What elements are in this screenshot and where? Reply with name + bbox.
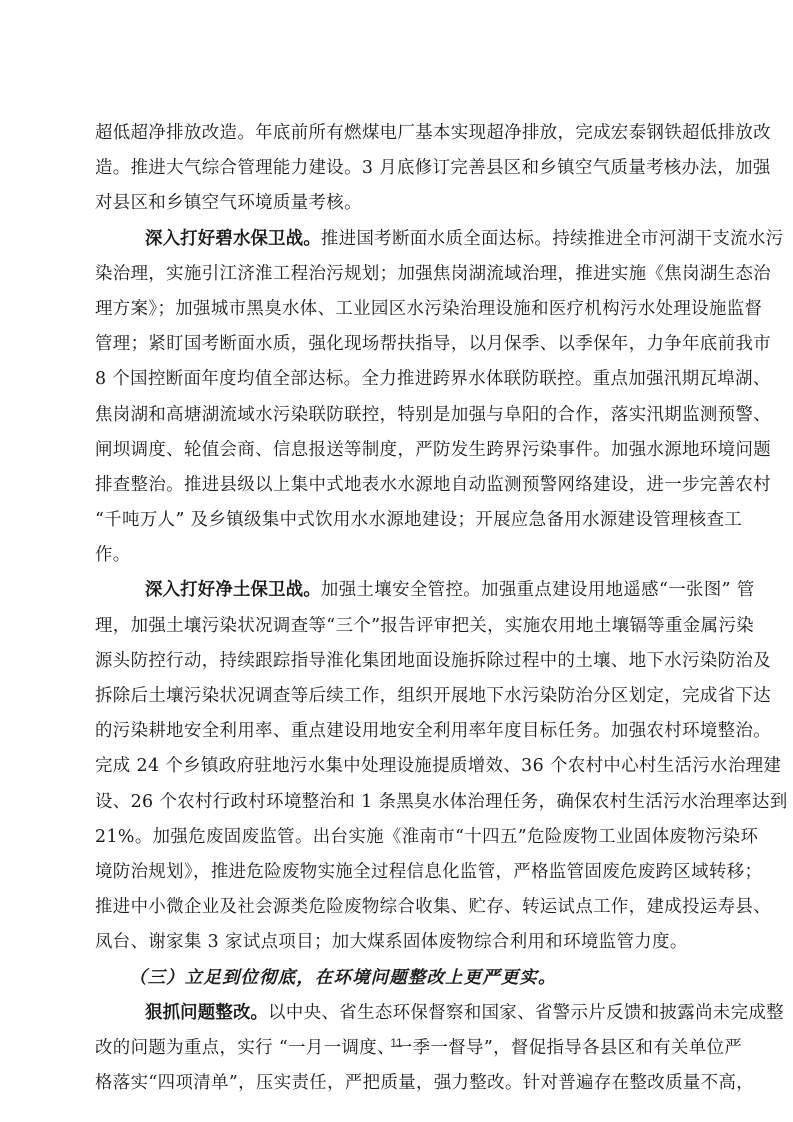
line-text: 加强土壤安全管控。加强重点建设用地遥感“一张图” 管: [321, 580, 755, 600]
paragraph-lead-title: 狠抓问题整改。: [145, 1003, 268, 1023]
line-text: “千吨万人” 及乡镇级集中式饮用水水源地建设；开展应急备用水源建设管理核查工: [95, 510, 742, 530]
line-text: 21%。加强危废固废监管。出台实施《淮南市“十四五”危险废物工业固体废物污染环: [95, 827, 758, 847]
body-text-line: 21%。加强危废固废监管。出台实施《淮南市“十四五”危险废物工业固体废物污染环: [95, 820, 699, 855]
body-text-line: 8 个国控断面年度均值全部达标。全力推进跨界水体联防联控。重点加强汛期瓦埠湖、: [95, 362, 699, 397]
line-text: 焦岗湖和高塘湖流域水污染联防联控，特别是加强与阜阳的合作，落实汛期监测预警、: [95, 405, 771, 425]
line-text: 拆除后土壤污染状况调查等后续工作，组织开展地下水污染防治分区划定，完成省下达: [95, 686, 771, 706]
paragraph-first-line: 狠抓问题整改。以中央、省生态环保督察和国家、省警示片反馈和披露尚未完成整: [95, 996, 699, 1031]
body-text-line: 造。推进大气综合管理能力建设。3 月底修订完善县区和乡镇空气质量考核办法，加强: [95, 151, 699, 186]
section-heading-text: （三）立足到位彻底，在环境问题整改上更严更实。: [129, 968, 557, 988]
document-page: 超低超净排放改造。年底前所有燃煤电厂基本实现超净排放，完成宏泰钢铁超低排放改造。…: [0, 0, 793, 1122]
line-text: 境防治规划》，推进危险废物实施全过程信息化监管，严格监管固废危废跨区域转移；: [95, 862, 762, 882]
line-text: 的污染耕地安全利用率、重点建设用地安全利用率年度目标任务。加强农村环境整治。: [95, 721, 771, 741]
paragraph-last-line: 作。: [95, 538, 699, 573]
body-text-line: 焦岗湖和高塘湖流域水污染联防联控，特别是加强与阜阳的合作，落实汛期监测预警、: [95, 398, 699, 433]
line-text: 设、26 个农村行政村环境整治和 1 条黑臭水体治理任务，确保农村生活污水治理率…: [95, 792, 788, 812]
line-text: 理，加强土壤污染状况调查等“三个”报告评审把关，实施农用地土壤镉等重金属污染: [95, 616, 754, 636]
body-text-line: 理，加强土壤污染状况调查等“三个”报告评审把关，实施农用地土壤镉等重金属污染: [95, 609, 699, 644]
paragraph-last-line: 凤台、谢家集 3 家试点项目；加大煤系固体废物综合利用和环境监管力度。: [95, 925, 699, 960]
body-text-line: 管理；紧盯国考断面水质，强化现场帮扶指导，以月保季、以季保年，力争年底前我市: [95, 327, 699, 362]
line-text: 对县区和乡镇空气环境质量考核。: [95, 193, 362, 213]
body-text-line: 拆除后土壤污染状况调查等后续工作，组织开展地下水污染防治分区划定，完成省下达: [95, 679, 699, 714]
line-text: 超低超净排放改造。年底前所有燃煤电厂基本实现超净排放，完成宏泰钢铁超低排放改: [95, 123, 771, 143]
paragraph-first-line: 深入打好净土保卫战。加强土壤安全管控。加强重点建设用地遥感“一张图” 管: [95, 573, 699, 608]
paragraph-lead-title: 深入打好碧水保卫战。: [145, 229, 321, 249]
paragraph-last-line: 对县区和乡镇空气环境质量考核。: [95, 186, 699, 221]
line-text: 完成 24 个乡镇政府驻地污水集中处理设施提质增效、36 个农村中心村生活污水治…: [95, 756, 781, 776]
body-text-line: 推进中小微企业及社会源类危险废物综合收集、贮存、转运试点工作，建成投运寿县、: [95, 890, 699, 925]
line-text: 管理；紧盯国考断面水质，强化现场帮扶指导，以月保季、以季保年，力争年底前我市: [95, 334, 771, 354]
document-body: 超低超净排放改造。年底前所有燃煤电厂基本实现超净排放，完成宏泰钢铁超低排放改造。…: [95, 116, 699, 1101]
page-number: 11: [0, 1036, 793, 1050]
section-heading: （三）立足到位彻底，在环境问题整改上更严更实。: [95, 961, 699, 996]
line-text: 以中央、省生态环保督察和国家、省警示片反馈和披露尚未完成整: [268, 1003, 784, 1023]
line-text: 格落实“四项清单”，压实责任，严把质量，强力整改。针对普遍存在整改质量不高，: [95, 1073, 754, 1093]
body-text-line: 的污染耕地安全利用率、重点建设用地安全利用率年度目标任务。加强农村环境整治。: [95, 714, 699, 749]
body-text-line: 源头防控行动，持续跟踪指导淮化集团地面设施拆除过程中的土壤、地下水污染防治及: [95, 644, 699, 679]
line-text: 凤台、谢家集 3 家试点项目；加大煤系固体废物综合利用和环境监管力度。: [95, 932, 688, 952]
body-text-line: 境防治规划》，推进危险废物实施全过程信息化监管，严格监管固废危废跨区域转移；: [95, 855, 699, 890]
line-text: 染治理，实施引江济淮工程治污规划；加强焦岗湖流域治理，推进实施《焦岗湖生态治: [95, 264, 771, 284]
paragraph-first-line: 深入打好碧水保卫战。推进国考断面水质全面达标。持续推进全市河湖干支流水污: [95, 222, 699, 257]
line-text: 作。: [95, 545, 131, 565]
body-text-line: 完成 24 个乡镇政府驻地污水集中处理设施提质增效、36 个农村中心村生活污水治…: [95, 749, 699, 784]
body-text-line: 理方案》；加强城市黑臭水体、工业园区水污染治理设施和医疗机构污水处理设施监督: [95, 292, 699, 327]
body-text-line: 染治理，实施引江济淮工程治污规划；加强焦岗湖流域治理，推进实施《焦岗湖生态治: [95, 257, 699, 292]
line-text: 理方案》；加强城市黑臭水体、工业园区水污染治理设施和医疗机构污水处理设施监督: [95, 299, 762, 319]
line-text: 推进国考断面水质全面达标。持续推进全市河湖干支流水污: [321, 229, 784, 249]
body-text-line: 设、26 个农村行政村环境整治和 1 条黑臭水体治理任务，确保农村生活污水治理率…: [95, 785, 699, 820]
body-text-line: 超低超净排放改造。年底前所有燃煤电厂基本实现超净排放，完成宏泰钢铁超低排放改: [95, 116, 699, 151]
body-text-line: 格落实“四项清单”，压实责任，严把质量，强力整改。针对普遍存在整改质量不高，: [95, 1066, 699, 1101]
line-text: 推进中小微企业及社会源类危险废物综合收集、贮存、转运试点工作，建成投运寿县、: [95, 897, 771, 917]
line-text: 排查整治。推进县级以上集中式地表水水源地自动监测预警网络建设，进一步完善农村: [95, 475, 771, 495]
body-text-line: 排查整治。推进县级以上集中式地表水水源地自动监测预警网络建设，进一步完善农村: [95, 468, 699, 503]
line-text: 8 个国控断面年度均值全部达标。全力推进跨界水体联防联控。重点加强汛期瓦埠湖、: [95, 369, 771, 389]
paragraph-lead-title: 深入打好净土保卫战。: [145, 580, 321, 600]
body-text-line: “千吨万人” 及乡镇级集中式饮用水水源地建设；开展应急备用水源建设管理核查工: [95, 503, 699, 538]
line-text: 源头防控行动，持续跟踪指导淮化集团地面设施拆除过程中的土壤、地下水污染防治及: [95, 651, 771, 671]
line-text: 闸坝调度、轮值会商、信息报送等制度，严防发生跨界污染事件。加强水源地环境问题: [95, 440, 771, 460]
line-text: 造。推进大气综合管理能力建设。3 月底修订完善县区和乡镇空气质量考核办法，加强: [95, 158, 771, 178]
body-text-line: 闸坝调度、轮值会商、信息报送等制度，严防发生跨界污染事件。加强水源地环境问题: [95, 433, 699, 468]
